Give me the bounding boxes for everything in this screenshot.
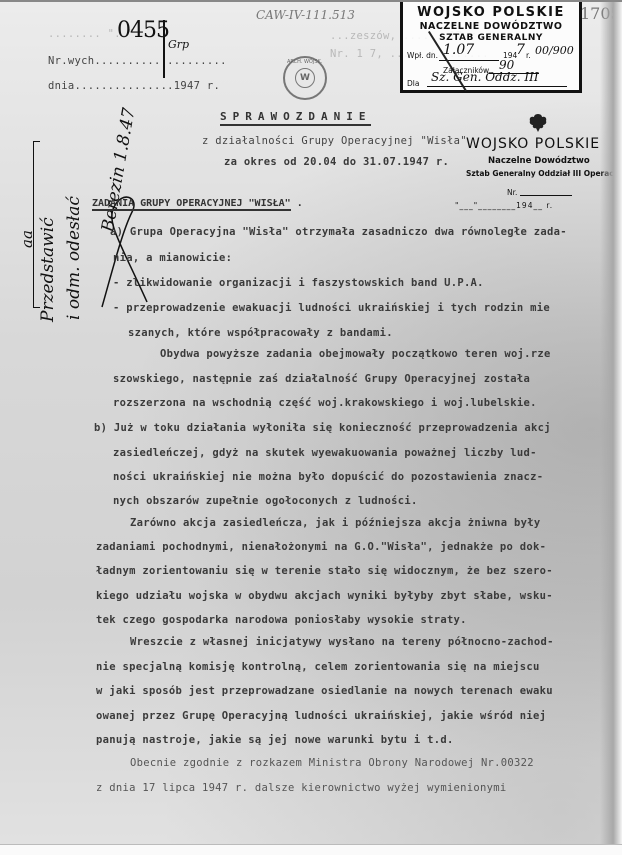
received-value: 1.07 <box>443 42 474 58</box>
body-line: rozszerzona na wschodnią część woj.krako… <box>113 397 537 409</box>
section-heading: ZADANIA GRUPY OPERACYJNEJ "WISŁA" . <box>92 198 303 209</box>
archive-reference: CAW-IV-111.513 <box>256 8 355 22</box>
body-line: Zarówno akcja zasiedleńcza, jak i późnie… <box>130 517 541 529</box>
dept-value: Sz. Gen. Oddz. III <box>431 70 539 84</box>
body-line: Obydwa powyższe zadania obejmowały począ… <box>160 348 551 360</box>
body-line: z dnia 17 lipca 1947 r. dalsze kierownic… <box>96 782 507 794</box>
body-line: - zlikwidowanie organizacji i faszystows… <box>113 277 484 289</box>
document-page: CAW-IV-111.513 ........ ".." ...zeszów, … <box>0 0 622 855</box>
body-line: ności ukraińskiej nie można było dopuści… <box>113 471 543 483</box>
year-value: 7 <box>516 42 525 58</box>
section-heading-text: ZADANIA GRUPY OPERACYJNEJ "WISŁA" <box>92 198 291 211</box>
body-line: zasiedleńczej, gdyż na skutek wyewakuowa… <box>113 447 537 459</box>
body-line: - przeprowadzenie ewakuacji ludności ukr… <box>113 302 550 314</box>
archive-seal-center: W <box>295 68 315 88</box>
outgoing-number-label: Nr.wych.................... <box>48 55 227 67</box>
dept-label: Dla <box>407 79 419 88</box>
document-subtitle-2: za okres od 20.04 do 31.07.1947 r. <box>224 156 449 168</box>
operational-stamp-title: WOJSKO POLSKIE <box>466 136 600 152</box>
body-line: nie specjalną komisję kontrolną, celem z… <box>96 661 540 673</box>
operational-stamp-line-3: Sztab Generalny Oddział III Operacyjny <box>466 169 622 178</box>
outgoing-number-suffix: Grp <box>168 38 189 51</box>
archive-seal: ARCH. WOJSK. W <box>283 56 327 100</box>
body-line: nych obszarów zupełnie ogołoconych z lud… <box>113 495 418 507</box>
body-line: nia, a mianowicie: <box>113 252 232 264</box>
body-line: w jaki sposób jest przeprowadzane osiedl… <box>96 685 553 697</box>
margin-note-2: i odm. odesłać <box>64 196 84 320</box>
stamp-line-1: WOJSKO POLSKIE <box>403 5 579 20</box>
received-label: Wpł. dn. <box>407 51 438 60</box>
document-subtitle-1: z działalności Grupy Operacyjnej "Wisła" <box>202 135 467 147</box>
date-line: dnia...............1947 r. <box>48 80 220 92</box>
body-line: kiego udziału wojska w obydwu akcjach wy… <box>96 590 553 602</box>
scan-edge-shadow <box>600 2 622 855</box>
handwritten-divider <box>163 20 165 78</box>
body-line: szanych, które współpracowały z bandami. <box>128 327 393 339</box>
eagle-emblem-icon <box>527 112 549 134</box>
margin-note-4: aa <box>18 230 36 248</box>
margin-note-1: Przedstawić <box>38 217 58 322</box>
body-line: tek czego gospodarka narodowa poniosłaby… <box>96 614 467 626</box>
scan-bottom-edge <box>0 844 622 855</box>
operational-stamp-nr-line <box>520 195 572 196</box>
operational-stamp-date: "___"________194__ r. <box>455 201 553 210</box>
operational-stamp-nr: Nr. <box>507 188 517 197</box>
document-title: SPRAWOZDANIE <box>220 110 371 126</box>
body-line: zadaniami pochodnymi, nienałożonymi na G… <box>96 541 546 553</box>
body-line: a) Grupa Operacyjna "Wisła" otrzymała za… <box>110 226 567 238</box>
body-line: Wreszcie z własnej inicjatywy wysłano na… <box>130 636 554 648</box>
body-line: b) Już w toku działania wyłoniła się kon… <box>94 422 551 434</box>
dept-underline <box>427 86 567 87</box>
body-line: Obecnie zgodnie z rozkazem Ministra Obro… <box>130 757 534 769</box>
general-staff-stamp: WOJSKO POLSKIE NACZELNE DOWÓDZTWO SZTAB … <box>400 2 582 93</box>
body-line: szowskiego, następnie zaś działalność Gr… <box>113 373 530 385</box>
outgoing-number-handwritten: 0455 <box>117 18 169 43</box>
body-line: ładnym zorientowaniu się w terenie stało… <box>96 565 553 577</box>
body-line: panują nastroje, jakie są jej nowe warun… <box>96 734 454 746</box>
archive-seal-ring-text: ARCH. WOJSK. <box>287 59 322 65</box>
operational-stamp-line-2: Naczelne Dowództwo <box>488 156 590 166</box>
registration-number: 00/900 <box>535 44 574 57</box>
body-line: owanej przez Grupę Operacyjną ludności u… <box>96 710 546 722</box>
r-label: r. <box>526 51 531 60</box>
